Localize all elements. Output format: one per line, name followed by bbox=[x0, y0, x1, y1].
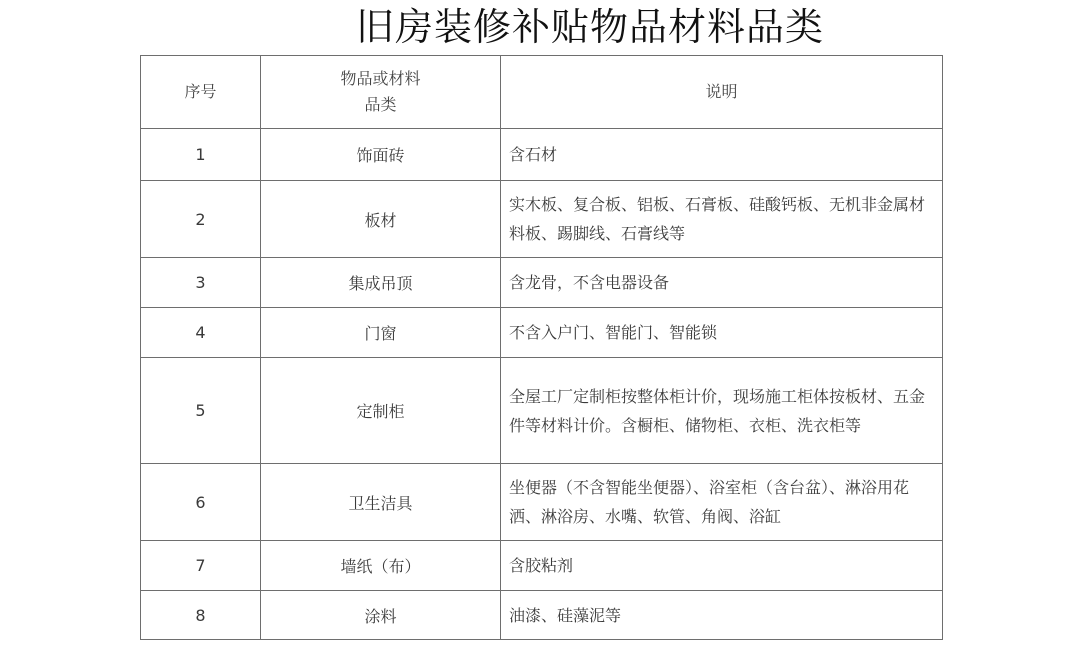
table-row: 7 墙纸（布） 含胶粘剂 bbox=[141, 541, 943, 591]
header-description: 说明 bbox=[501, 56, 943, 129]
row-description: 含石材 bbox=[501, 129, 943, 181]
table-row: 2 板材 实木板、复合板、铝板、石膏板、硅酸钙板、无机非金属材料板、踢脚线、石膏… bbox=[141, 181, 943, 258]
header-index: 序号 bbox=[141, 56, 261, 129]
row-description: 不含入户门、智能门、智能锁 bbox=[501, 308, 943, 358]
row-index: 3 bbox=[141, 258, 261, 308]
row-index: 1 bbox=[141, 129, 261, 181]
header-category-line1: 物品或材料 bbox=[261, 66, 500, 92]
row-index: 4 bbox=[141, 308, 261, 358]
row-description: 油漆、硅藻泥等 bbox=[501, 591, 943, 640]
row-index: 7 bbox=[141, 541, 261, 591]
row-index: 2 bbox=[141, 181, 261, 258]
subsidy-items-table: 序号 物品或材料 品类 说明 1 饰面砖 含石材 2 板材 实木板、复合板、铝板… bbox=[140, 55, 943, 640]
table-row: 8 涂料 油漆、硅藻泥等 bbox=[141, 591, 943, 640]
row-category: 门窗 bbox=[261, 308, 501, 358]
row-category: 墙纸（布） bbox=[261, 541, 501, 591]
table-row: 4 门窗 不含入户门、智能门、智能锁 bbox=[141, 308, 943, 358]
table-row: 1 饰面砖 含石材 bbox=[141, 129, 943, 181]
table-row: 3 集成吊顶 含龙骨，不含电器设备 bbox=[141, 258, 943, 308]
row-category: 板材 bbox=[261, 181, 501, 258]
row-category: 涂料 bbox=[261, 591, 501, 640]
row-index: 6 bbox=[141, 464, 261, 541]
row-index: 5 bbox=[141, 358, 261, 464]
table-row: 5 定制柜 全屋工厂定制柜按整体柜计价，现场施工柜体按板材、五金件等材料计价。含… bbox=[141, 358, 943, 464]
table-row: 6 卫生洁具 坐便器（不含智能坐便器）、浴室柜（含台盆）、淋浴用花洒、淋浴房、水… bbox=[141, 464, 943, 541]
row-description: 实木板、复合板、铝板、石膏板、硅酸钙板、无机非金属材料板、踢脚线、石膏线等 bbox=[501, 181, 943, 258]
header-category-line2: 品类 bbox=[261, 92, 500, 118]
row-description: 全屋工厂定制柜按整体柜计价，现场施工柜体按板材、五金件等材料计价。含橱柜、储物柜… bbox=[501, 358, 943, 464]
page-title: 旧房装修补贴物品材料品类 bbox=[0, 2, 1080, 52]
row-category: 饰面砖 bbox=[261, 129, 501, 181]
table-header-row: 序号 物品或材料 品类 说明 bbox=[141, 56, 943, 129]
header-category: 物品或材料 品类 bbox=[261, 56, 501, 129]
row-description: 含龙骨，不含电器设备 bbox=[501, 258, 943, 308]
row-description: 含胶粘剂 bbox=[501, 541, 943, 591]
row-index: 8 bbox=[141, 591, 261, 640]
row-description: 坐便器（不含智能坐便器）、浴室柜（含台盆）、淋浴用花洒、淋浴房、水嘴、软管、角阀… bbox=[501, 464, 943, 541]
row-category: 定制柜 bbox=[261, 358, 501, 464]
row-category: 卫生洁具 bbox=[261, 464, 501, 541]
row-category: 集成吊顶 bbox=[261, 258, 501, 308]
